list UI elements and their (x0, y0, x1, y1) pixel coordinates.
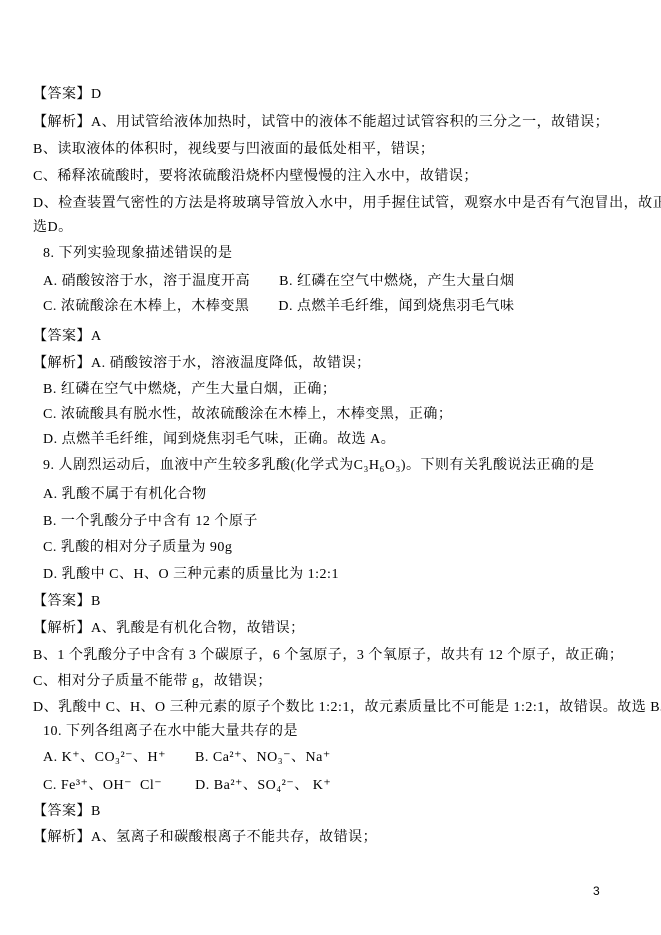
document-line: 【解析】A、乳酸是有机化合物，故错误； (33, 620, 305, 637)
document-line: 【答案】D (33, 86, 102, 103)
document-line: C. 乳酸的相对分子质量为 90g (43, 539, 232, 556)
document-line: 【答案】A (33, 328, 102, 345)
document-line: 8. 下列实验现象描述错误的是 (43, 245, 233, 262)
document-line: C. Fe³⁺、OH⁻ Cl⁻ D. Ba²⁺、SO₄²⁻、 K⁺ (43, 777, 331, 794)
document-line: A. 乳酸不属于有机化合物 (43, 486, 207, 503)
document-page: 【答案】D【解析】A、用试管给液体加热时，试管中的液体不能超过试管容积的三分之一… (0, 0, 661, 935)
document-line: C、相对分子质量不能带 g，故错误； (33, 673, 272, 690)
document-line: B. 红磷在空气中燃烧，产生大量白烟，正确； (43, 381, 336, 398)
document-line: 【解析】A、氢离子和碳酸根离子不能共存，故错误； (33, 829, 377, 846)
document-line: 【解析】A、用试管给液体加热时，试管中的液体不能超过试管容积的三分之一，故错误； (33, 114, 609, 131)
document-line: B. 一个乳酸分子中含有 12 个原子 (43, 513, 258, 530)
document-line: 【答案】B (33, 803, 101, 820)
document-line: 选D。 (33, 219, 73, 236)
document-line: A. K⁺、CO₃²⁻、H⁺ B. Ca²⁺、NO₃⁻、Na⁺ (43, 749, 331, 766)
document-line: C. 浓硫酸涂在木棒上，木棒变黑 D. 点燃羊毛纤维，闻到烧焦羽毛气味 (43, 298, 514, 315)
page-number: 3 (593, 884, 600, 898)
document-line: B、1 个乳酸分子中含有 3 个碳原子，6 个氢原子，3 个氧原子，故共有 12… (33, 647, 623, 664)
document-line: D、检查装置气密性的方法是将玻璃导管放入水中，用手握住试管，观察水中是否有气泡冒… (33, 195, 661, 212)
document-line: B、读取液体的体积时，视线要与凹液面的最低处相平，错误； (33, 141, 434, 158)
document-line: 9. 人剧烈运动后，血液中产生较多乳酸(化学式为C₃H₆O₃)。下则有关乳酸说法… (43, 457, 595, 474)
document-line: 【解析】A. 硝酸铵溶于水，溶液温度降低，故错误； (33, 355, 371, 372)
document-line: 10. 下列各组离子在水中能大量共存的是 (43, 723, 298, 740)
document-line: D、乳酸中 C、H、O 三种元素的原子个数比 1:2:1，故元素质量比不可能是 … (33, 699, 661, 716)
document-line: 【答案】B (33, 593, 101, 610)
document-line: D. 乳酸中 C、H、O 三种元素的质量比为 1:2:1 (43, 566, 339, 583)
document-line: A. 硝酸铵溶于水，溶于温度开高 B. 红磷在空气中燃烧，产生大量白烟 (43, 273, 514, 290)
document-line: C、稀释浓硫酸时，要将浓硫酸沿烧杯内壁慢慢的注入水中，故错误； (33, 168, 478, 185)
document-line: C. 浓硫酸具有脱水性，故浓硫酸涂在木棒上，木棒变黑，正确； (43, 406, 452, 423)
document-line: D. 点燃羊毛纤维，闻到烧焦羽毛气味，正确。故选 A。 (43, 431, 395, 448)
